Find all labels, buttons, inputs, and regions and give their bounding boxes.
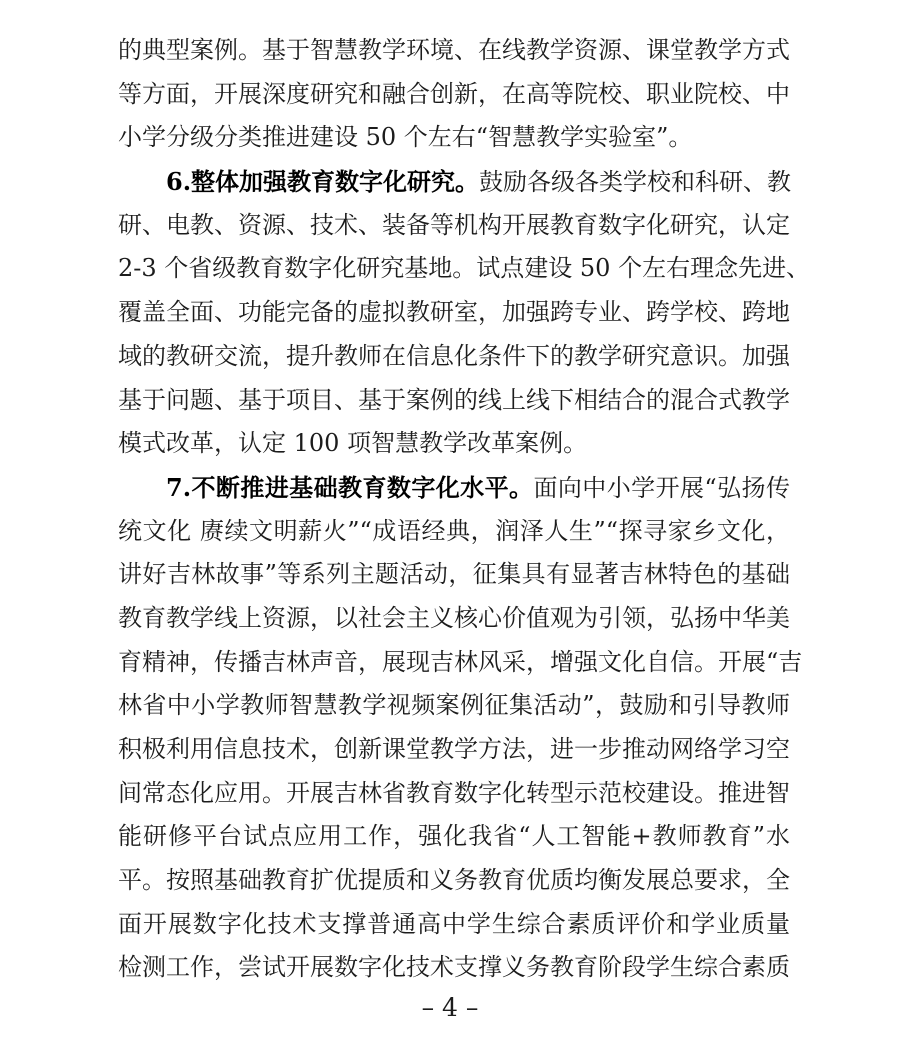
text-segment: 检测工作，尝试开展数字化技术支撑义务教育阶段学生综合素质: [118, 953, 790, 981]
heading-segment: 6.整体加强教育数字化研究。: [166, 167, 479, 196]
text-line: 覆盖全面、功能完备的虚拟教研室，加强跨专业、跨学校、跨地: [118, 291, 790, 335]
text-segment: 平。按照基础教育扩优提质和义务教育优质均衡发展总要求，全: [118, 866, 790, 894]
text-segment: 育精神，传播吉林声音，展现吉林风采，增强文化自信。开展“吉: [118, 648, 802, 676]
text-line: 面开展数字化技术支撑普通高中学生综合素质评价和学业质量: [118, 903, 790, 947]
text-line: 研、电教、资源、技术、装备等机构开展教育数字化研究，认定: [118, 204, 790, 248]
text-line: 能研修平台试点应用工作，强化我省“人工智能+教师教育”水: [118, 815, 790, 859]
text-line: 基于问题、基于项目、基于案例的线上线下相结合的混合式教学: [118, 379, 790, 423]
text-line: 讲好吉林故事”等系列主题活动，征集具有显著吉林特色的基础: [118, 553, 790, 597]
text-line: 域的教研交流，提升教师在信息化条件下的教学研究意识。加强: [118, 335, 790, 379]
text-line: 的典型案例。基于智慧教学环境、在线教学资源、课堂教学方式: [118, 29, 790, 73]
text-segment: 模式改革，认定 100 项智慧教学改革案例。: [118, 429, 587, 457]
text-line: 7.不断推进基础教育数字化水平。面向中小学开展“弘扬传: [118, 466, 790, 510]
text-line: 育精神，传播吉林声音，展现吉林风采，增强文化自信。开展“吉: [118, 641, 790, 685]
document-body: 的典型案例。基于智慧教学环境、在线教学资源、课堂教学方式等方面，开展深度研究和融…: [118, 29, 790, 990]
text-line: 模式改革，认定 100 项智慧教学改革案例。: [118, 422, 790, 466]
text-segment: 等方面，开展深度研究和融合创新，在高等院校、职业院校、中: [118, 80, 790, 108]
text-line: 林省中小学教师智慧教学视频案例征集活动”，鼓励和引导教师: [118, 684, 790, 728]
text-segment: 能研修平台试点应用工作，强化我省“人工智能+教师教育”水: [118, 822, 790, 850]
text-segment: 面开展数字化技术支撑普通高中学生综合素质评价和学业质量: [118, 910, 790, 938]
text-line: 2-3 个省级教育数字化研究基地。试点建设 50 个左右理念先进、: [118, 247, 790, 291]
text-line: 小学分级分类推进建设 50 个左右“智慧教学实验室”。: [118, 116, 790, 160]
text-segment: 统文化 赓续文明薪火”“成语经典，润泽人生”“探寻家乡文化，: [118, 517, 790, 545]
text-line: 平。按照基础教育扩优提质和义务教育优质均衡发展总要求，全: [118, 859, 790, 903]
text-segment: 积极利用信息技术，创新课堂教学方法，进一步推动网络学习空: [118, 735, 790, 763]
text-segment: 覆盖全面、功能完备的虚拟教研室，加强跨专业、跨学校、跨地: [118, 298, 790, 326]
page-number: – 4 –: [0, 994, 900, 1022]
text-line: 检测工作，尝试开展数字化技术支撑义务教育阶段学生综合素质: [118, 946, 790, 990]
text-segment: 间常态化应用。开展吉林省教育数字化转型示范校建设。推进智: [118, 779, 790, 807]
text-line: 积极利用信息技术，创新课堂教学方法，进一步推动网络学习空: [118, 728, 790, 772]
text-segment: 小学分级分类推进建设 50 个左右“智慧教学实验室”。: [118, 123, 692, 151]
text-segment: 鼓励各级各类学校和科研、教: [479, 168, 791, 196]
text-segment: 研、电教、资源、技术、装备等机构开展教育数字化研究，认定: [118, 211, 790, 239]
text-segment: 域的教研交流，提升教师在信息化条件下的教学研究意识。加强: [118, 342, 790, 370]
text-segment: 的典型案例。基于智慧教学环境、在线教学资源、课堂教学方式: [118, 36, 790, 64]
document-page: 的典型案例。基于智慧教学环境、在线教学资源、课堂教学方式等方面，开展深度研究和融…: [0, 0, 900, 1059]
text-line: 统文化 赓续文明薪火”“成语经典，润泽人生”“探寻家乡文化，: [118, 510, 790, 554]
text-line: 6.整体加强教育数字化研究。鼓励各级各类学校和科研、教: [118, 160, 790, 204]
text-segment: 面向中小学开展“弘扬传: [533, 474, 790, 502]
text-segment: 林省中小学教师智慧教学视频案例征集活动”，鼓励和引导教师: [118, 691, 790, 719]
text-segment: 讲好吉林故事”等系列主题活动，征集具有显著吉林特色的基础: [118, 560, 790, 588]
text-segment: 基于问题、基于项目、基于案例的线上线下相结合的混合式教学: [118, 386, 790, 414]
text-line: 教育教学线上资源，以社会主义核心价值观为引领，弘扬中华美: [118, 597, 790, 641]
text-line: 间常态化应用。开展吉林省教育数字化转型示范校建设。推进智: [118, 772, 790, 816]
text-line: 等方面，开展深度研究和融合创新，在高等院校、职业院校、中: [118, 73, 790, 117]
text-segment: 教育教学线上资源，以社会主义核心价值观为引领，弘扬中华美: [118, 604, 790, 632]
heading-segment: 7.不断推进基础教育数字化水平。: [166, 473, 533, 502]
text-segment: 2-3 个省级教育数字化研究基地。试点建设 50 个左右理念先进、: [118, 254, 810, 282]
